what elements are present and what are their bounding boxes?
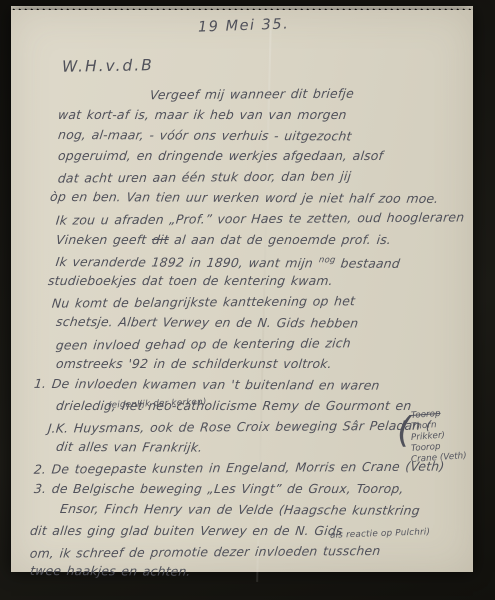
letter-line: wat kort-af is, maar ik heb van van morg… — [57, 105, 465, 126]
margin-note-paren: ( — [397, 402, 411, 464]
letter-line: Nu komt de belangrijkste kanttekening op… — [51, 290, 465, 314]
letter-line: dat acht uren aan één stuk door, dan ben… — [57, 166, 465, 190]
letter-line: 3. de Belgische beweging „Les Vingt” de … — [33, 479, 465, 500]
margin-note-word: Crane (Veth) — [411, 451, 467, 466]
letter-salutation: W.H.v.d.B — [62, 56, 154, 76]
letter-line: òp en ben. Van tien uur werken word je n… — [49, 187, 465, 210]
letter-line-struck: dit — [151, 232, 169, 247]
letter-line: Ik zou u afraden „Prof.” voor Haes te ze… — [55, 207, 465, 231]
letter-body: Vergeef mij wanneer dit briefjewat kort-… — [48, 84, 464, 583]
letter-line-text: bestaand — [334, 256, 401, 271]
letter-line: opgeruimd, en dringende werkjes afgedaan… — [57, 146, 465, 167]
letter-line-text: al aan dat de genoemde prof. is. — [168, 232, 392, 247]
letter-line-text: Vineken geeft — [55, 232, 152, 247]
letter-line: schetsje. Albert Verwey en de N. Gids he… — [55, 312, 465, 335]
letter-line: 1. De invloeden kwamen van 't buitenland… — [33, 374, 465, 397]
letter-line: studieboekjes dat toen de kentering kwam… — [47, 271, 465, 292]
letter-line: Vineken geeft dit al aan dat de genoemde… — [55, 230, 465, 251]
letter-line: Ensor, Finch Henry van de Velde (Haagsch… — [59, 499, 465, 522]
margin-note-words: TooropThornPrikker)TooropCrane (Veth) — [411, 409, 467, 464]
letter-line: Vergeef mij wanneer dit briefje — [149, 83, 465, 106]
letter-line: twee haakjes en achten. — [29, 561, 465, 584]
margin-note: ( TooropThornPrikker)TooropCrane (Veth) — [397, 402, 467, 464]
letter-date: 19 Mei 35. — [198, 16, 290, 35]
letter-line: nog, al-maar, - vóór ons verhuis - uitge… — [57, 125, 465, 148]
letter-line-sup: nog — [318, 256, 336, 266]
letter-line: geen invloed gehad op de kentering die z… — [55, 332, 465, 356]
letter-line: omstreeks '92 in de schilderkunst voltro… — [55, 354, 465, 375]
letter-line: Ik veranderde 1892 in 1890, want mijn no… — [55, 249, 465, 272]
photo-background: 19 Mei 35. W.H.v.d.B Vergeef mij wanneer… — [0, 0, 495, 600]
letter-line-text: Ik veranderde 1892 in 1890, want mijn — [55, 254, 320, 270]
